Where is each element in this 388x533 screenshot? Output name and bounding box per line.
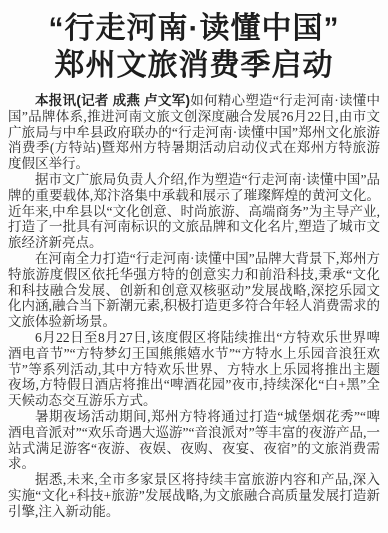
article-lede-paragraph: 本报讯(记者 成燕 卢文军)如何精心塑造“行走河南·读懂中国”品牌体系,推进河南… [8, 93, 380, 172]
article-paragraph: 据悉,未来,全市多家景区将持续丰富旅游内容和产品,深入实施“文化+科技+旅游”发… [8, 472, 380, 519]
headline-line2: 郑州文旅消费季启动 [8, 47, 380, 84]
article-paragraph: 暑期夜场活动期间,郑州方特将通过打造“城堡烟花秀”“啤酒电音派对”“欢乐奇遇大巡… [8, 409, 380, 472]
lede-reporters: (记者 成燕 卢文军) [76, 93, 190, 108]
article-body: 本报讯(记者 成燕 卢文军)如何精心塑造“行走河南·读懂中国”品牌体系,推进河南… [8, 93, 380, 520]
article-paragraph: 6月22日至8月27日,该度假区将陆续推出“方特欢乐世界啤酒电音节”“方特梦幻王… [8, 330, 380, 409]
article-paragraph: 据市文广旅局负责人介绍,作为塑造“行走河南·读懂中国”品牌的重要载体,郑汴洛集中… [8, 172, 380, 251]
lede-dateline: 本报讯 [35, 93, 76, 108]
article-paragraph: 在河南全力打造“行走河南·读懂中国”品牌大背景下,郑州方特旅游度假区依托华强方特… [8, 251, 380, 330]
headline-line1: “行走河南·读懂中国” [8, 10, 380, 47]
article-headline: “行走河南·读懂中国” 郑州文旅消费季启动 [8, 10, 380, 84]
newspaper-article-page: “行走河南·读懂中国” 郑州文旅消费季启动 本报讯(记者 成燕 卢文军)如何精心… [0, 0, 388, 533]
